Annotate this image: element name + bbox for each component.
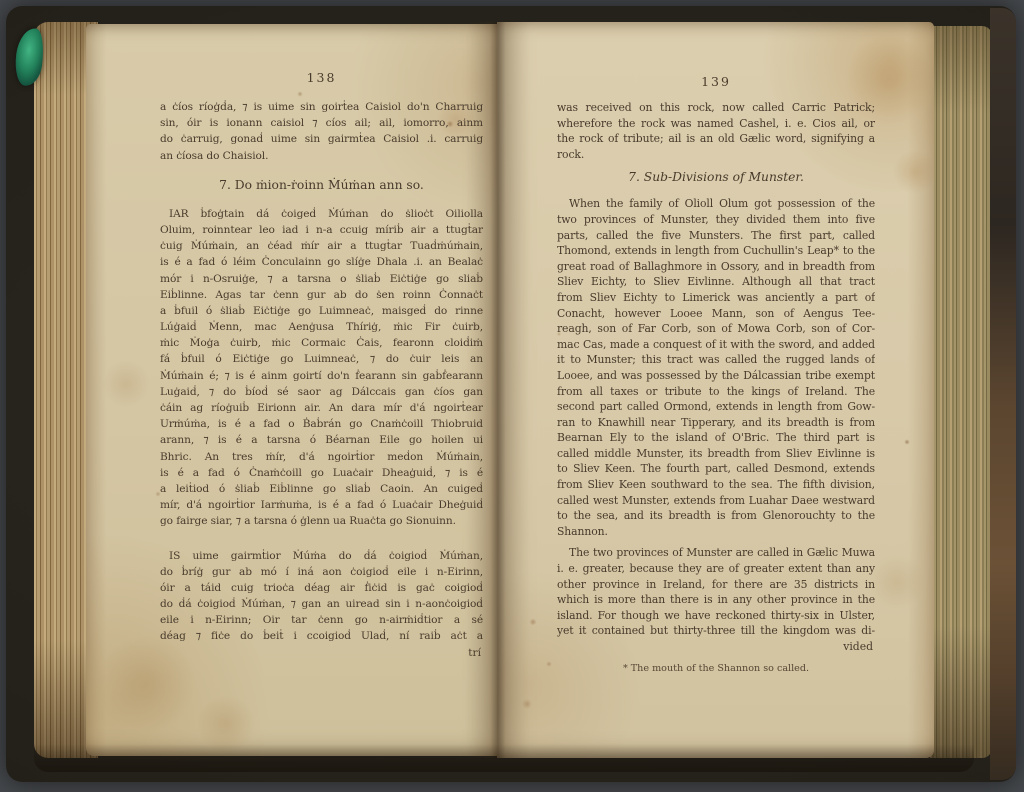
text-line: mír, d'á ngoirṫior Iarṁuṁa, is é a fad ó… — [160, 497, 483, 513]
right-leather-board-edge — [990, 8, 1016, 780]
text-line: island. For though we have reckoned thir… — [557, 608, 875, 624]
right-page-139: 139 was received on this rock, now calle… — [497, 22, 934, 758]
text-line: ṁic Ṁoġa ċuirb, ṁic Cormaic Ċais, fearon… — [160, 335, 483, 351]
text-line: Bearnan Ely to the island of O'Bric. The… — [557, 430, 875, 446]
paragraph: was received on this rock, now called Ca… — [557, 100, 875, 162]
right-page-text-column: 139 was received on this rock, now calle… — [557, 74, 875, 674]
text-line: IS uime gairmṫior Ṁúṁa do ḋá ċoigioḋ Ṁúṁ… — [160, 548, 483, 564]
book-photo-scene: 138 a ċíos ríoġḋa, ⁊ is uime sin goirṫea… — [0, 0, 1024, 792]
text-line: ċuig Ṁúṁain, an ċéad ṁír air a ttugṫar T… — [160, 238, 483, 254]
paragraph: IAR ḃfoġtain dá ċoigeḋ Ṁúṁan do ṡlioċt O… — [160, 206, 483, 530]
text-line: Sliev Eichty, to Sliev Eivlinne. Althoug… — [557, 274, 875, 290]
text-line: called west Munster, extends from Luahar… — [557, 493, 875, 509]
text-line: ċáin ag ríoġuiḃ Eirionn air. An dara mír… — [160, 400, 483, 416]
text-line: do ḃríġ gur ab mó í iná aon ċoigioḋ eile… — [160, 564, 483, 580]
text-line: mac Cas, made a conquest of it with the … — [557, 337, 875, 353]
text-line: The two provinces of Munster are called … — [557, 545, 875, 561]
text-line: rock. — [557, 147, 875, 163]
text-line: a ċíos ríoġḋa, ⁊ is uime sin goirṫea Cai… — [160, 99, 483, 115]
text-line: the rock of tribute; ail is an old Gælic… — [557, 131, 875, 147]
text-line: from Sliev Eichty to Limerick was ancien… — [557, 290, 875, 306]
text-line: was received on this rock, now called Ca… — [557, 100, 875, 116]
text-line: mór i n-Osruiġe, ⁊ a tarsna o ṡliaḃ Eiċt… — [160, 271, 483, 287]
text-line: an ċíosa do Chaisiol. — [160, 148, 483, 164]
text-line: reagh, son of Far Corb, son of Mowa Corb… — [557, 321, 875, 337]
text-line: Thomond, extends in length from Cuchulli… — [557, 243, 875, 259]
text-line: parts, called the five Munsters. The fir… — [557, 228, 875, 244]
section-heading: 7. Sub-Divisions of Munster. — [557, 170, 875, 184]
text-line: Conacht, however Looee Mann, son of Aeng… — [557, 306, 875, 322]
text-line: Shannon. — [557, 524, 875, 540]
left-page-sections: a ċíos ríoġḋa, ⁊ is uime sin goirṫea Cai… — [160, 99, 483, 645]
text-line: ran to Knawhill near Tipperary, and its … — [557, 415, 875, 431]
right-page-sections: was received on this rock, now called Ca… — [557, 100, 875, 639]
text-line: sin, óir is ionann caisiol ⁊ cíos ail; a… — [160, 115, 483, 131]
text-line: from Sliev Keen southward to the sea. Th… — [557, 477, 875, 493]
text-line: eile i n-Eirinn; Oir tar ċenn go n-airṁi… — [160, 612, 483, 628]
section-heading: 7. Do ṁion-ṙoinn Ṁúṁan ann so. — [160, 178, 483, 192]
text-line: to Sliev Keen. The fourth part, called D… — [557, 461, 875, 477]
text-line: which is more than there is in any other… — [557, 592, 875, 608]
text-line: Bhric. An tres ṁír, d'á ngoirṫior meḋon … — [160, 449, 483, 465]
text-line: two provinces of Munster, they divided t… — [557, 212, 875, 228]
text-line: do ḋá ċoigioḋ Ṁúṁan, ⁊ gan an uiread sin… — [160, 596, 483, 612]
text-line: déag ⁊ fiċe do ḃeiṫ i ccoigioḋ Ulaḋ, ní … — [160, 628, 483, 644]
left-page-text-column: 138 a ċíos ríoġḋa, ⁊ is uime sin goirṫea… — [160, 70, 483, 661]
text-line: to the sea, and its breadth is from Glen… — [557, 508, 875, 524]
text-line: yet it contained but thirty-three till t… — [557, 623, 875, 639]
footnote: * The mouth of the Shannon so called. — [557, 663, 875, 674]
text-line: from all taxes or tribute to the kings o… — [557, 384, 875, 400]
paragraph: IS uime gairmṫior Ṁúṁa do ḋá ċoigioḋ Ṁúṁ… — [160, 548, 483, 645]
text-line: great road of Ballaghmore in Ossory, and… — [557, 259, 875, 275]
text-line: arann, ⁊ is é a tarsna ó Béarnan Eile go… — [160, 432, 483, 448]
text-line: called middle Munster, its breadth from … — [557, 446, 875, 462]
text-line: Looee, and was possessed by the Dálcassi… — [557, 368, 875, 384]
catchword: trí — [160, 645, 483, 661]
text-line: Ṁúṁain é; ⁊ is é ainm goirtí do'n ḟearan… — [160, 368, 483, 384]
text-line: other province in Ireland, for there are… — [557, 577, 875, 593]
text-line: Eiḃlinne. Agas tar ċenn gur ab do ṡen ro… — [160, 287, 483, 303]
text-line: fá ḃfuil ó Eiċtiġe go Luimneaċ, ⁊ do ċui… — [160, 351, 483, 367]
text-line: is é a fad ó léim Ċonculainn go slíġe Dh… — [160, 254, 483, 270]
text-line: When the family of Olioll Olum got posse… — [557, 196, 875, 212]
text-line: Lúġaiḋ Ṁenn, mac Aenġusa Thíriġ, ṁic Fir… — [160, 319, 483, 335]
paragraph: When the family of Olioll Olum got posse… — [557, 196, 875, 539]
text-line: go fairge siar, ⁊ a tarsna ó ġlenn ua Ru… — [160, 513, 483, 529]
paragraph: The two provinces of Munster are called … — [557, 545, 875, 639]
right-fore-edge-pages — [930, 26, 992, 758]
text-line: a leiṫiod ó ṡliaḃ Eiḃlinne go sliaḃ Caoi… — [160, 481, 483, 497]
text-line: do ċarruig, gonaḋ uime sin gairmṫea Cais… — [160, 131, 483, 147]
text-line: wherefore the rock was named Cashel, i. … — [557, 116, 875, 132]
text-line: Oluim, roinntear leo iad i n-a ccuig mír… — [160, 222, 483, 238]
text-line: i. e. greater, because they are of great… — [557, 561, 875, 577]
text-line: a ḃfuil ó ṡliaḃ Eiċtiġe go Luimneaċ, mai… — [160, 303, 483, 319]
text-line: second part called Ormond, extends in le… — [557, 399, 875, 415]
text-line: is é a fad ó Ċnaṁċoill go Luaċair Dheaġu… — [160, 465, 483, 481]
paragraph: a ċíos ríoġḋa, ⁊ is uime sin goirṫea Cai… — [160, 99, 483, 164]
page-number: 138 — [160, 70, 483, 85]
catchword: vided — [557, 639, 875, 655]
text-line: it to Munster; this tract was called the… — [557, 352, 875, 368]
page-number: 139 — [557, 74, 875, 89]
text-line: Urṁúṁa, is é a fad o Ḃaḃrán go Cnaṁċoill… — [160, 416, 483, 432]
left-page-138: 138 a ċíos ríoġḋa, ⁊ is uime sin goirṫea… — [86, 24, 497, 756]
text-line: óir a táid cuig trioċa déag air ḟiċid is… — [160, 580, 483, 596]
text-line: Luġaiḋ, ⁊ do ḃíoḋ sé saor ag Dálccais ga… — [160, 384, 483, 400]
text-line: IAR ḃfoġtain dá ċoigeḋ Ṁúṁan do ṡlioċt O… — [160, 206, 483, 222]
